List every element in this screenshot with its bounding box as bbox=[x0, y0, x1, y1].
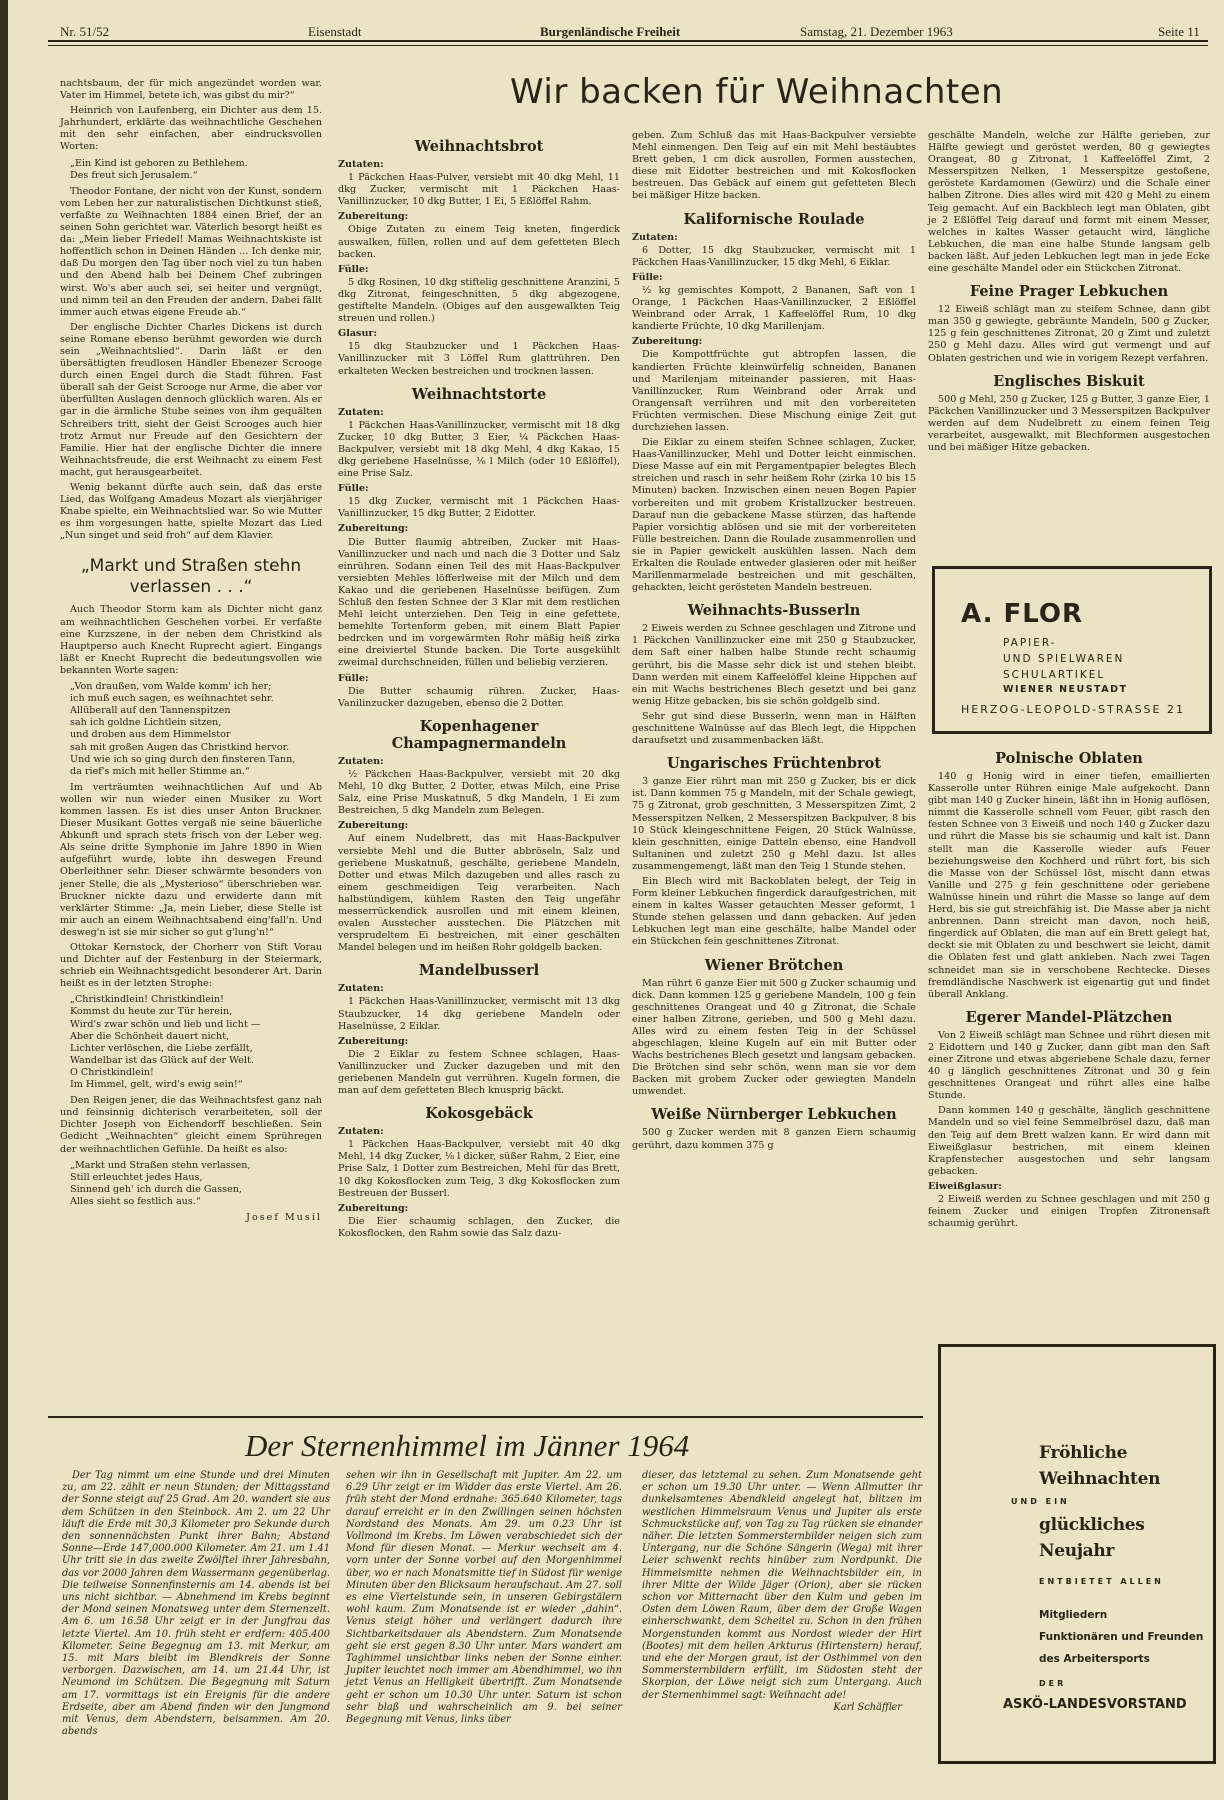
recipe-heading: Wiener Brötchen bbox=[632, 957, 916, 974]
recipe-section-label: Eiweißglasur: bbox=[928, 1181, 1210, 1193]
ad-asko-org: ASKÖ-LANDESVORSTAND bbox=[1003, 1697, 1187, 1712]
recipe-text: 1 Päckchen Haas-Backpulver, versiebt mit… bbox=[338, 1139, 620, 1199]
recipe-heading: Weiße Nürnberger Lebkuchen bbox=[632, 1106, 916, 1123]
poem-line: Im Himmel, gelt, wird's ewig sein!“ bbox=[70, 1079, 322, 1091]
recipe-heading: Kopenhagener Champagnermandeln bbox=[338, 718, 620, 752]
poem-quote: „Ein Kind ist geboren zu Bethlehem.Des f… bbox=[70, 158, 322, 182]
recipe-text: 12 Eiweiß schlägt man zu steifem Schnee,… bbox=[928, 304, 1210, 364]
recipe-section-label: Zutaten: bbox=[632, 232, 916, 244]
recipe-text: 2 Eiweis werden zu Schnee geschlagen und… bbox=[632, 623, 916, 708]
recipe-section-label: Zubereitung: bbox=[338, 820, 620, 832]
scan-edge bbox=[0, 0, 8, 1800]
ad-flor-line: UND SPIELWAREN bbox=[1003, 653, 1124, 665]
recipe-text: ½ kg gemischtes Kompott, 2 Bananen, Saft… bbox=[632, 285, 916, 333]
recipe-text: Die Butter schaumig rühren. Zucker, Haas… bbox=[338, 686, 620, 710]
poem-line: „Markt und Straßen stehn verlassen, bbox=[70, 1160, 322, 1172]
sternenhimmel-text: sehen wir ihn in Gesellschaft mit Jupite… bbox=[346, 1470, 622, 1726]
recipe-text: 15 dkg Staubzucker und 1 Päckchen Haas-V… bbox=[338, 341, 620, 377]
paragraph: Auch Theodor Storm kam als Dichter nicht… bbox=[60, 604, 322, 677]
paragraph: Den Reigen jener, die das Weihnachtsfest… bbox=[60, 1095, 322, 1155]
author-signature: Josef Musil bbox=[60, 1212, 322, 1224]
poem-line: Kommst du heute zur Tür herein, bbox=[70, 1006, 322, 1018]
recipe-heading: Weihnachtstorte bbox=[338, 386, 620, 403]
recipes-column-2: geben. Zum Schluß das mit Haas-Backpulve… bbox=[632, 130, 916, 1155]
ad-asko-greeting: glückliches bbox=[1039, 1515, 1145, 1535]
recipe-text: Die Eier schaumig schlagen, den Zucker, … bbox=[338, 1216, 620, 1240]
poem-line: Lichter verlöschen, die Liebe zerfällt, bbox=[70, 1043, 322, 1055]
recipe-section-label: Zutaten: bbox=[338, 407, 620, 419]
recipe-text: Sehr gut sind diese Busserln, wenn man i… bbox=[632, 711, 916, 747]
sternenhimmel-author: Karl Schäffler bbox=[642, 1702, 902, 1714]
masthead-rule bbox=[48, 40, 1208, 46]
recipe-section-label: Zubereitung: bbox=[338, 211, 620, 223]
recipe-text: Die 2 Eiklar zu festem Schnee schlagen, … bbox=[338, 1049, 620, 1097]
poem-quote: „Von draußen, vom Walde komm' ich her;ic… bbox=[70, 681, 322, 778]
poem-line: ich muß euch sagen, es weihnachtet sehr. bbox=[70, 693, 322, 705]
poem-quote: „Markt und Straßen stehn verlassen,Still… bbox=[70, 1160, 322, 1208]
recipe-section-label: Fülle: bbox=[338, 483, 620, 495]
recipe-text: 1 Päckchen Haas-Vanillinzucker, vermisch… bbox=[338, 420, 620, 480]
sternenhimmel-title: Der Sternenhimmel im Jänner 1964 bbox=[245, 1428, 689, 1464]
recipes-column-1: WeihnachtsbrotZutaten:1 Päckchen Haas-Pu… bbox=[338, 130, 620, 1243]
recipe-text: 5 dkg Rosinen, 10 dkg stiftelig geschnit… bbox=[338, 277, 620, 325]
poem-line: Sinnend geh' ich durch die Gassen, bbox=[70, 1184, 322, 1196]
poem-line: „Christkindlein! Christkindlein! bbox=[70, 994, 322, 1006]
paper-name: Burgenländische Freiheit bbox=[540, 24, 680, 40]
recipe-heading: Kalifornische Roulade bbox=[632, 211, 916, 228]
paragraph: Im verträumten weihnachtlichen Auf und A… bbox=[60, 782, 322, 939]
poem-line: Und wie ich so ging durch den finsteren … bbox=[70, 754, 322, 766]
sternenhimmel-text: Der Tag nimmt um eine Stunde und drei Mi… bbox=[62, 1470, 330, 1738]
sternenhimmel-col-3: dieser, das letztemal zu sehen. Zum Mona… bbox=[642, 1470, 922, 1714]
ad-flor-name: A. FLOR bbox=[961, 599, 1083, 629]
recipe-text: 1 Päckchen Haas-Vanillinzucker, vermisch… bbox=[338, 996, 620, 1032]
paragraph: Wenig bekannt dürfte auch sein, daß das … bbox=[60, 482, 322, 542]
paragraph: Ottokar Kernstock, der Chorherr von Stif… bbox=[60, 942, 322, 990]
recipes-title: Wir backen für Weihnachten bbox=[510, 72, 1003, 112]
recipe-heading: Englisches Biskuit bbox=[928, 373, 1210, 390]
date: Samstag, 21. Dezember 1963 bbox=[800, 24, 953, 40]
recipe-text: 3 ganze Eier rührt man mit 250 g Zucker,… bbox=[632, 776, 916, 873]
recipe-heading: Weihnachts-Busserln bbox=[632, 602, 916, 619]
poem-line: Still erleuchtet jedes Haus, bbox=[70, 1172, 322, 1184]
recipe-text: geben. Zum Schluß das mit Haas-Backpulve… bbox=[632, 130, 916, 203]
recipe-section-label: Zubereitung: bbox=[338, 523, 620, 535]
recipe-text: Ein Blech wird mit Backoblaten belegt, d… bbox=[632, 876, 916, 949]
ad-asko-greeting: Neujahr bbox=[1039, 1541, 1114, 1561]
recipe-text: 140 g Honig wird in einer tiefen, emaill… bbox=[928, 771, 1210, 1001]
recipe-text: Man rührt 6 ganze Eier mit 500 g Zucker … bbox=[632, 978, 916, 1099]
recipe-section-label: Zutaten: bbox=[338, 1126, 620, 1138]
city: Eisenstadt bbox=[308, 24, 361, 40]
poem-line: O Christkindlein! bbox=[70, 1067, 322, 1079]
poem-line: „Von draußen, vom Walde komm' ich her; bbox=[70, 681, 322, 693]
recipe-text: Die Butter flaumig abtreiben, Zucker mit… bbox=[338, 537, 620, 670]
recipe-section-label: Zubereitung: bbox=[338, 1036, 620, 1048]
recipe-text: Die Eiklar zu einem steifen Schnee schla… bbox=[632, 437, 916, 594]
recipe-text: 15 dkg Zucker, vermischt mit 1 Päckchen … bbox=[338, 496, 620, 520]
poem-line: Wandelbar ist das Glück auf der Welt. bbox=[70, 1055, 322, 1067]
recipe-heading: Polnische Oblaten bbox=[928, 750, 1210, 767]
recipe-section-label: Glasur: bbox=[338, 328, 620, 340]
recipe-text: geschälte Mandeln, welche zur Hälfte ger… bbox=[928, 130, 1210, 275]
poem-line: sah mit großen Augen das Christkind herv… bbox=[70, 742, 322, 754]
recipe-heading: Weihnachtsbrot bbox=[338, 138, 620, 155]
recipe-text: 1 Päckchen Haas-Pulver, versiebt mit 40 … bbox=[338, 172, 620, 208]
paragraph: Theodor Fontane, der nicht von der Kunst… bbox=[60, 186, 322, 319]
recipe-section-label: Zutaten: bbox=[338, 983, 620, 995]
ad-asko-small: UND EIN bbox=[1011, 1497, 1070, 1506]
ad-flor-line: PAPIER- bbox=[1003, 637, 1057, 649]
ad-asko-small: ENTBIETET ALLEN bbox=[1039, 1577, 1164, 1586]
recipe-section-label: Zubereitung: bbox=[632, 336, 916, 348]
poem-line: Alles sieht so festlich aus.“ bbox=[70, 1196, 322, 1208]
issue-number: Nr. 51/52 bbox=[60, 24, 109, 40]
recipe-text: Obige Zutaten zu einem Teig kneten, fing… bbox=[338, 224, 620, 260]
poem-line: Aber die Schönheit dauert nicht, bbox=[70, 1031, 322, 1043]
ad-asko-text: Funktionären und Freunden bbox=[1039, 1631, 1203, 1643]
ad-flor-city: WIENER NEUSTADT bbox=[1003, 684, 1128, 695]
poem-line: sah ich goldne Lichtlein sitzen, bbox=[70, 717, 322, 729]
poem-line: Wird's zwar schön und lieb und licht — bbox=[70, 1019, 322, 1031]
recipe-text: Dann kommen 140 g geschälte, länglich ge… bbox=[928, 1105, 1210, 1178]
recipe-heading: Feine Prager Lebkuchen bbox=[928, 283, 1210, 300]
poem-line: da rief's mich mit heller Stimme an.“ bbox=[70, 766, 322, 778]
poem-line: „Ein Kind ist geboren zu Bethlehem. bbox=[70, 158, 322, 170]
recipe-section-label: Zutaten: bbox=[338, 756, 620, 768]
ad-asko-greeting: Weihnachten bbox=[1039, 1469, 1160, 1489]
recipes-column-3-top: geschälte Mandeln, welche zur Hälfte ger… bbox=[928, 130, 1210, 457]
recipe-section-label: Zubereitung: bbox=[338, 1203, 620, 1215]
recipe-text: 500 g Zucker werden mit 8 ganzen Eiern s… bbox=[632, 1127, 916, 1151]
subheading: „Markt und Straßen stehn verlassen . . .… bbox=[60, 556, 322, 598]
recipe-text: ½ Päckchen Haas-Backpulver, versiebt mit… bbox=[338, 769, 620, 817]
recipe-text: Von 2 Eiweiß schlägt man Schnee und rühr… bbox=[928, 1030, 1210, 1103]
recipe-heading: Egerer Mandel-Plätzchen bbox=[928, 1009, 1210, 1026]
recipe-section-label: Fülle: bbox=[632, 272, 916, 284]
poem-line: Des freut sich Jerusalem.“ bbox=[70, 170, 322, 182]
recipe-text: Auf einem Nudelbrett, das mit Haas-Backp… bbox=[338, 833, 620, 954]
recipe-heading: Ungarisches Früchtenbrot bbox=[632, 755, 916, 772]
sternenhimmel-col-1: Der Tag nimmt um eine Stunde und drei Mi… bbox=[62, 1470, 330, 1738]
masthead: Nr. 51/52 Eisenstadt Burgenländische Fre… bbox=[48, 22, 1208, 42]
recipe-heading: Mandelbusserl bbox=[338, 962, 620, 979]
paragraph: Der englische Dichter Charles Dickens is… bbox=[60, 322, 322, 479]
poem-quote: „Christkindlein! Christkindlein!Kommst d… bbox=[70, 994, 322, 1091]
recipe-section-label: Fülle: bbox=[338, 673, 620, 685]
poem-line: und droben aus dem Himmelstor bbox=[70, 729, 322, 741]
article-weihnachtsdichter: nachtsbaum, der für mich angezündet word… bbox=[60, 78, 322, 1224]
recipe-text: 6 Dotter, 15 dkg Staubzucker, vermischt … bbox=[632, 245, 916, 269]
recipe-text: 500 g Mehl, 250 g Zucker, 125 g Butter, … bbox=[928, 394, 1210, 454]
sternenhimmel-text: dieser, das letztemal zu sehen. Zum Mona… bbox=[642, 1470, 922, 1702]
page-number: Seite 11 bbox=[1158, 24, 1200, 40]
ad-asko: Fröhliche Weihnachten UND EIN glückliche… bbox=[938, 1344, 1216, 1764]
ad-asko-small: DER bbox=[1039, 1679, 1066, 1688]
ad-asko-text: Mitgliedern bbox=[1039, 1609, 1107, 1621]
recipes-column-3-bottom: Polnische Oblaten140 g Honig wird in ein… bbox=[928, 742, 1210, 1233]
ad-asko-greeting: Fröhliche bbox=[1039, 1443, 1127, 1463]
poem-line: Allüberall auf den Tannenspitzen bbox=[70, 705, 322, 717]
recipe-heading: Kokosgebäck bbox=[338, 1105, 620, 1122]
ad-asko-text: des Arbeitersports bbox=[1039, 1653, 1150, 1665]
ad-flor-line: SCHULARTIKEL bbox=[1003, 669, 1105, 681]
ad-flor: A. FLOR PAPIER- UND SPIELWAREN SCHULARTI… bbox=[932, 566, 1212, 734]
sternenhimmel-col-2: sehen wir ihn in Gesellschaft mit Jupite… bbox=[346, 1470, 622, 1726]
recipe-section-label: Fülle: bbox=[338, 264, 620, 276]
section-rule bbox=[48, 1416, 923, 1418]
recipe-text: Die Kompottfrüchte gut abtropfen lassen,… bbox=[632, 349, 916, 434]
recipe-section-label: Zutaten: bbox=[338, 159, 620, 171]
paragraph: Heinrich von Laufenberg, ein Dichter aus… bbox=[60, 105, 322, 153]
recipe-text: 2 Eiweiß werden zu Schnee geschlagen und… bbox=[928, 1194, 1210, 1230]
paragraph: nachtsbaum, der für mich angezündet word… bbox=[60, 78, 322, 102]
ad-flor-address: HERZOG-LEOPOLD-STRASSE 21 bbox=[961, 703, 1185, 716]
